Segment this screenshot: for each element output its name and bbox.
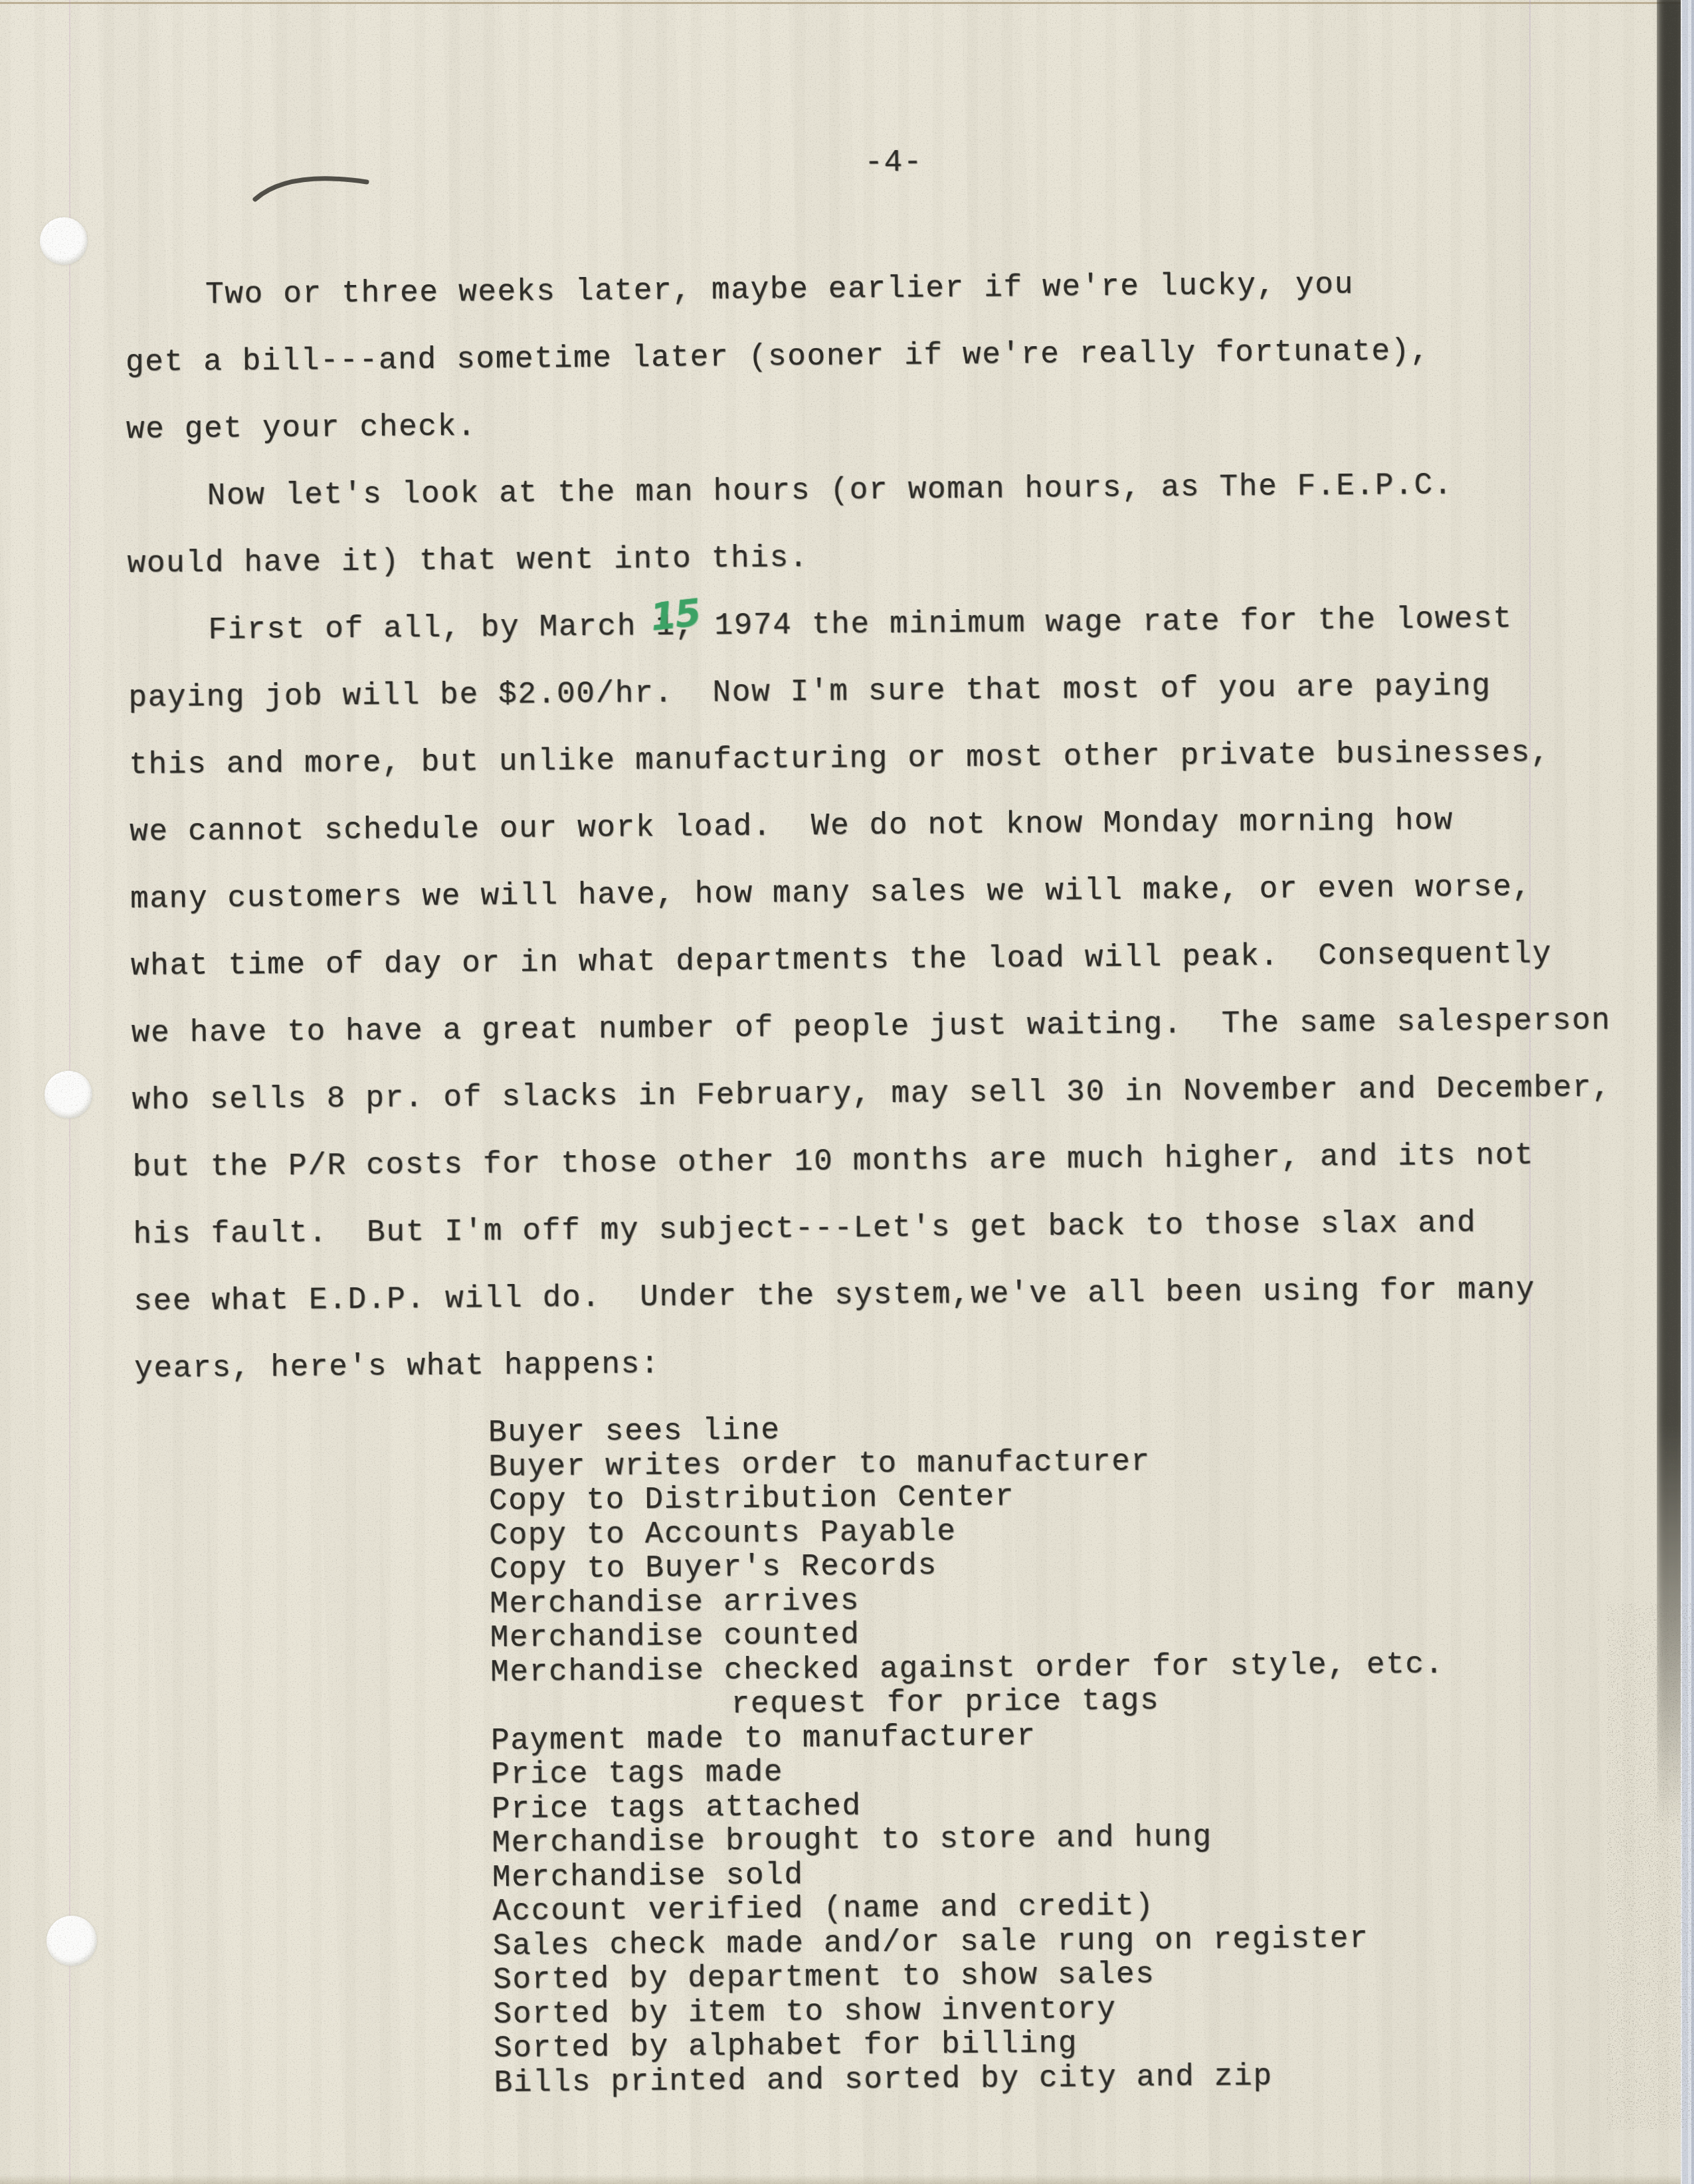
typed-text-layer: -4- Two or three weeks later, maybe earl…	[0, 0, 1694, 2184]
process-step-line: Price tags made	[491, 1756, 783, 1791]
process-step-line: Copy to Accounts Payable	[489, 1515, 957, 1552]
process-step-line: Copy to Buyer's Records	[490, 1549, 937, 1586]
typed-line: paying job will be $2.00/hr. Now I'm sur…	[128, 670, 1491, 715]
typed-line: Now let's look at the man hours (or woma…	[207, 469, 1454, 513]
process-step-line: Bills printed and sorted by city and zip	[494, 2060, 1273, 2100]
typed-line: what time of day or in what departments …	[131, 937, 1553, 983]
typed-line: First of all, by March 1,15 1974 the min…	[208, 602, 1513, 647]
process-step-line: Sales check made and/or sale rung on reg…	[493, 1922, 1369, 1963]
typed-line: this and more, but unlike manufacturing …	[129, 736, 1551, 782]
handwritten-green-correction: 15	[649, 596, 702, 635]
process-step-line: Merchandise counted	[490, 1618, 860, 1655]
typed-line: Two or three weeks later, maybe earlier …	[205, 268, 1354, 312]
typed-line: get a bill---and sometime later (sooner …	[126, 335, 1430, 379]
typed-line: but the P/R costs for those other 10 mon…	[132, 1139, 1534, 1184]
typed-line: would have it) that went into this.	[127, 541, 808, 581]
typed-line: we have to have a great number of people…	[132, 1004, 1612, 1050]
typed-line: who sells 8 pr. of slacks in February, m…	[132, 1071, 1612, 1117]
scanned-document-page: -4- Two or three weeks later, maybe earl…	[0, 0, 1694, 2184]
process-step-line: Merchandise sold	[492, 1859, 804, 1894]
process-step-line: Account verified (name and credit)	[492, 1890, 1155, 1929]
process-step-line: Price tags attached	[492, 1789, 862, 1826]
typed-date-digit: 1,15	[656, 610, 695, 644]
page-number: -4-	[864, 146, 923, 180]
typed-line: we get your check.	[126, 410, 477, 446]
process-step-line: Merchandise brought to store and hung	[492, 1821, 1212, 1860]
process-step-line: Merchandise arrives	[490, 1584, 860, 1621]
process-step-line: request for price tags	[731, 1684, 1159, 1722]
typed-line: his fault. But I'm off my subject---Let'…	[133, 1206, 1476, 1251]
process-step-line: Payment made to manufacturer	[491, 1720, 1036, 1758]
typed-line: we cannot schedule our work load. We do …	[130, 804, 1454, 849]
typed-line: see what E.D.P. will do. Under the syste…	[134, 1273, 1535, 1319]
process-step-line: Sorted by item to show inventory	[494, 1993, 1117, 2031]
typed-line: years, here's what happens:	[134, 1348, 660, 1386]
process-step-line: Copy to Distribution Center	[489, 1480, 1015, 1518]
typed-text: 1974 the minimum wage rate for the lowes…	[695, 602, 1513, 644]
process-step-line: Merchandise checked against order for st…	[490, 1647, 1444, 1689]
process-step-line: Buyer sees line	[488, 1413, 781, 1449]
typed-text: First of all, by March	[208, 609, 656, 648]
process-step-line: Sorted by alphabet for billing	[494, 2027, 1078, 2066]
typed-line: many customers we will have, how many sa…	[130, 871, 1532, 916]
process-step-line: Buyer writes order to manufacturer	[488, 1445, 1151, 1484]
process-step-line: Sorted by department to show sales	[493, 1958, 1155, 1997]
